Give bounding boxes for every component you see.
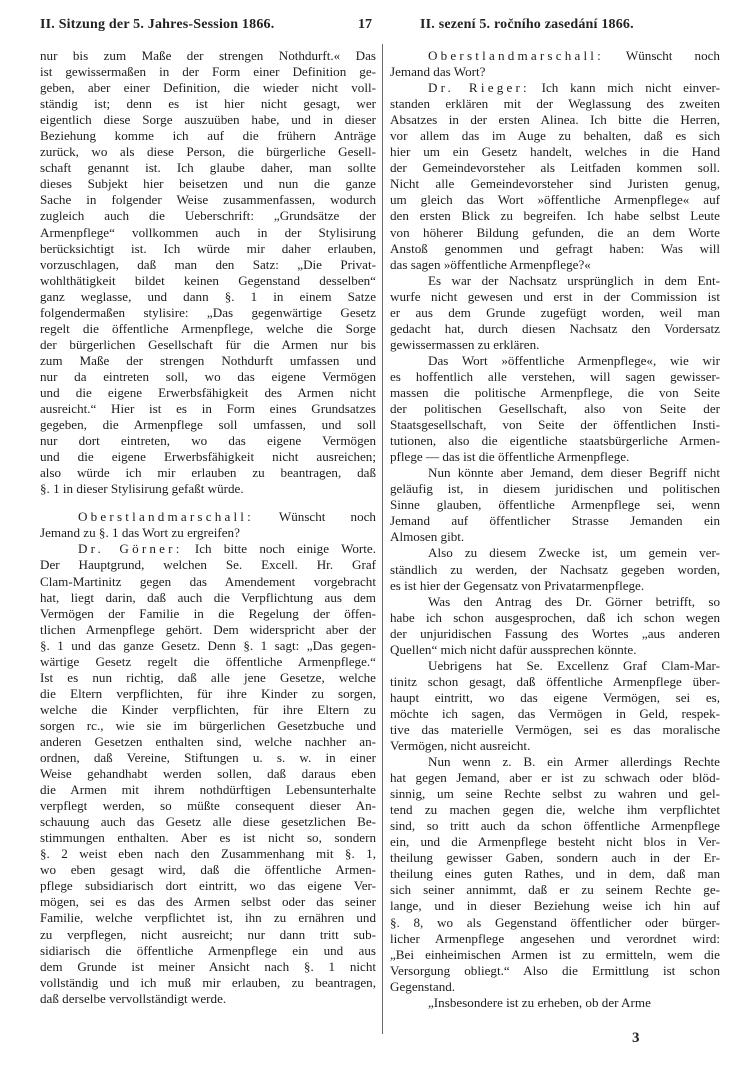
text-line: Absatzes in der ersten Alinea. Ich bitte… [390, 112, 720, 128]
speaker-name: Dr. Rieger: [428, 80, 530, 95]
text-line: vollständig und ich muß mir erlauben, zu… [40, 975, 376, 991]
text-line: tend zu machen gegen die, welche ihm ver… [390, 802, 720, 818]
text-line: licher Armenpflege angesehen und verordn… [390, 931, 720, 947]
paragraph: „Insbesondere ist zu erheben, ob der Arm… [390, 995, 720, 1011]
paragraph: Es war der Nachsatz ursprünglich in dem … [390, 273, 720, 353]
text-line: stimmungen enthalten. Aber es ist nicht … [40, 830, 376, 846]
text-line: ordnen, daß Vereine, Stiftungen u. s. w.… [40, 750, 376, 766]
paragraph: Nun könnte aber Jemand, dem dieser Begri… [390, 465, 720, 545]
text-line: Weise gehandhabt werden sollen, daß dara… [40, 766, 376, 782]
text-line: geläufig ist, in diesem juridischen und … [390, 481, 720, 497]
text-line: sorgen rc., wie sie im bürgerlichen Gese… [40, 718, 376, 734]
text-line: Anstoß genommen und gefragt haben: Was w… [390, 241, 720, 257]
text-line: zum Maße der strengen Nothdurft umfassen… [40, 353, 376, 369]
speaker-line: Dr. Görner: Ich bitte noch einige Worte. [40, 541, 376, 557]
text-line: wohlthätigkeit bildet keinen Gegenstand … [40, 273, 376, 289]
text-line: berücksichtigt ist. Ich würde mir daher … [40, 241, 376, 257]
text-line: dieses Subjekt hier beisetzen und nun di… [40, 176, 376, 192]
text-line: §. 1 in dieser Stylisirung gefaßt würde. [40, 481, 376, 497]
text-line: tive das materielle Vermögen, sei es das… [390, 722, 720, 738]
text-line: Der Hauptgrund, welchen Se. Excell. Hr. … [40, 557, 376, 573]
text-line: Quellen“ mich nicht dafür aussprechen kö… [390, 642, 720, 658]
text-line: Familie, welche verpflichtet ist, ihn zu… [40, 910, 376, 926]
text-line: „Insbesondere ist zu erheben, ob der Arm… [390, 995, 720, 1011]
text-line: Versorgung obliegt.“ Also die Ermittlung… [390, 963, 720, 979]
text-line: Sinne glauben, öffentliche Armenpflege s… [390, 497, 720, 513]
text-line: daß derselbe vervollständigt werde. [40, 991, 376, 1007]
text-line: geben, aber einer Definition, die wieder… [40, 80, 376, 96]
text-line: theilung eines guten Rathes, und in dem,… [390, 866, 720, 882]
text-line: es hoffentlich alle verstehen, will sage… [390, 369, 720, 385]
text-line: regelt die öffentliche Armenpflege, welc… [40, 321, 376, 337]
text-line: Nicht alle Gemeindevorsteher sind Jurist… [390, 176, 720, 192]
header-german-title: II. Sitzung der 5. Jahres-Session 1866. [40, 17, 274, 33]
text-line: den ersten Blick zu begreifen. Ich habe … [390, 208, 720, 224]
text-line: theilung gewisser Gaben, sondern auch in… [390, 850, 720, 866]
running-header: II. Sitzung der 5. Jahres-Session 1866. … [0, 17, 750, 39]
text-line: Das Wort »öffentliche Armenpflege«, wie … [390, 353, 720, 369]
speaker-line: Oberstlandmarschall: Wünscht noch [40, 509, 376, 525]
paragraph: Also zu diesem Zwecke ist, um gemein ver… [390, 545, 720, 593]
text-line: Also zu diesem Zwecke ist, um gemein ver… [390, 545, 720, 561]
text-line: Es war der Nachsatz ursprünglich in dem … [390, 273, 720, 289]
text-line: Jemand auf öffentlicher Strasse Jemanden… [390, 513, 720, 529]
paragraph: Das Wort »öffentliche Armenpflege«, wie … [390, 353, 720, 465]
text-line: ausreicht.“ Hier ist es in Form eines Gr… [40, 401, 376, 417]
text-line: hat, liegt darin, daß auch die Verpflich… [40, 590, 376, 606]
text-line: hat gegen Jemand, aber er ist zu schwach… [390, 770, 720, 786]
text-line: §. 1 und das ganze Gesetz. Denn §. 1 sag… [40, 638, 376, 654]
text-line: Was den Antrag des Dr. Görner betrifft, … [390, 594, 720, 610]
text-line: standen erklären mit der Weglassung des … [390, 96, 720, 112]
text-line: Vermögen, nicht ausreicht. [390, 738, 720, 754]
text-line: §. 2 weist eben nach den Zusammenhang mi… [40, 846, 376, 862]
text-line: sinnig, um seine Rechte selbst zu wahren… [390, 786, 720, 802]
left-column: nur bis zum Maße der strengen Nothdurft.… [40, 48, 376, 1007]
text-line: vorzuschlagen, daß man den Satz: „Die Pr… [40, 257, 376, 273]
text-line: anderen Gesetzen enthalten sind, welche … [40, 734, 376, 750]
text-line: hier um ein Gesetz handelt, welches in d… [390, 144, 720, 160]
text-line: zu verpflegen, nicht ausreicht; nur dann… [40, 927, 376, 943]
column-divider [382, 44, 383, 1034]
header-czech-title: II. sezení 5. ročního zasedání 1866. [420, 17, 634, 33]
paragraph: Nun wenn z. B. ein Armer allerdings Rech… [390, 754, 720, 995]
text-line: und die eigene Erwerbsfähigkeit des Arme… [40, 385, 376, 401]
text-line: nur dort eintreten, wo das eigene Vermög… [40, 433, 376, 449]
text-line: pflege — das ist die öffentliche Armenpf… [390, 449, 720, 465]
text-line: Uebrigens hat Se. Excellenz Graf Clam-Ma… [390, 658, 720, 674]
text-line: Armenpflege“ vollkommen auch in der Styl… [40, 225, 376, 241]
text-line: der bürgerlichen Gesellschaft für die Ar… [40, 337, 376, 353]
text-line: um gleich das Wort »öffentliche Armenpfl… [390, 192, 720, 208]
text-line: Sache in folgender Weise zusammenfassen,… [40, 192, 376, 208]
text-line: tinitz schon gesagt, daß öffentliche Arm… [390, 674, 720, 690]
text-line: und die eigene Erwerbsfähigkeit nicht au… [40, 449, 376, 465]
text-line: wurfe nicht gewesen und erst in der Comm… [390, 289, 720, 305]
text-line: nur da eintreten soll, wo das eigene Ver… [40, 369, 376, 385]
text-line: Gegenstand. [390, 979, 720, 995]
text-line: eigentlich diese Sorge auszuüben habe, u… [40, 112, 376, 128]
speaker-line: Dr. Rieger: Ich kann mich nicht einver- [390, 80, 720, 96]
text-line: ständig ist; denn es ist hier nicht gesa… [40, 96, 376, 112]
speaker-name: Oberstlandmarschall: [78, 509, 254, 524]
text-line: lange, und in dieser Beziehung weise ich… [390, 898, 720, 914]
text-line: §. 8, wo als Gegenstand öffentlicher ode… [390, 915, 720, 931]
text-line: also würde ich mir erlauben zu beantrage… [40, 465, 376, 481]
text-line: mögen, sei es das des Armen selbst oder … [40, 894, 376, 910]
text-line: pflege subsidiarisch dort eintritt, wo d… [40, 878, 376, 894]
paragraph: Uebrigens hat Se. Excellenz Graf Clam-Ma… [390, 658, 720, 754]
right-column: Oberstlandmarschall: Wünscht noch Jemand… [390, 48, 720, 1011]
text-line: wo eben gesagt wird, daß die öffentliche… [40, 862, 376, 878]
text-line: er aus dem Grunde zugefügt worden, weil … [390, 305, 720, 321]
text-line: tlichen Armenpflege gehört. Dem widerspr… [40, 622, 376, 638]
text-line: schaft genannt ist. Ich glaube daher, ma… [40, 160, 376, 176]
text-line: möchte ich sagen, das Vermögen in Geld, … [390, 706, 720, 722]
paragraph-speech: Der Hauptgrund, welchen Se. Excell. Hr. … [40, 557, 376, 1006]
signature-mark: 3 [632, 1030, 640, 1047]
text-line: Vermögen der Familie in die Regelung der… [40, 606, 376, 622]
text-line: nur bis zum Maße der strengen Nothdurft.… [40, 48, 376, 64]
text-line: Clam-Martinitz gegen das Amendement vorg… [40, 574, 376, 590]
text-line: der Gemeindevorsteher als Leitfaden komm… [390, 160, 720, 176]
text-line: der politischen Gesellschaft, also von S… [390, 401, 720, 417]
text-line: gewissermassen zu erklären. [390, 337, 720, 353]
paragraph: Was den Antrag des Dr. Görner betrifft, … [390, 594, 720, 658]
text-line: Almosen gibt. [390, 529, 720, 545]
paragraph: standen erklären mit der Weglassung des … [390, 96, 720, 273]
text-line: Nun könnte aber Jemand, dem dieser Begri… [390, 465, 720, 481]
text-line: dem Grunde ist meiner Ansicht nach §. 1 … [40, 959, 376, 975]
text-line: sind, so tritt auch da schon öffentliche… [390, 818, 720, 834]
text-line: welche die Kinder verpflichten, für ihre… [40, 702, 376, 718]
text-line: gegeben, die Armenpflege soll umfassen, … [40, 417, 376, 433]
text-line: ganz weglasse, und dann §. 1 in einem Sa… [40, 289, 376, 305]
text-line: Staatsgesellschaft, von Seite der öffent… [390, 417, 720, 433]
text-line: massen die politische Armenpflege, die v… [390, 385, 720, 401]
text-line: sidiarisch die öffentliche Armenpflege e… [40, 943, 376, 959]
text-line: habe ich schon ausgesprochen, daß ich sc… [390, 610, 720, 626]
text-line: Jemand zu §. 1 das Wort zu ergreifen? [40, 525, 376, 541]
text-line: „Bei einheimischen Armen ist zu ermittel… [390, 947, 720, 963]
text-line: Jemand das Wort? [390, 64, 720, 80]
text-line: verpflegt werden, so müßte consequent di… [40, 798, 376, 814]
text-line: tutionen, also die eigentliche staatsbür… [390, 433, 720, 449]
speaker-name: Oberstlandmarschall: [428, 48, 604, 63]
text-line: zugleich auch die Ueberschrift: „Grundsä… [40, 208, 376, 224]
text-line: folgendermaßen stylisire: „Das gegenwärt… [40, 305, 376, 321]
page-number: 17 [358, 17, 372, 33]
text-line: die Eltern verpflichten, für ihre Kinder… [40, 686, 376, 702]
text-line: wärtige Gesetz regelt die öffentliche Ar… [40, 654, 376, 670]
speaker-line: Oberstlandmarschall: Wünscht noch [390, 48, 720, 64]
speaker-name: Dr. Görner: [78, 541, 183, 556]
text-line: zurück, wo als diese Person, die bürgerl… [40, 144, 376, 160]
text-line: haupt eintritt, wo das eigene Vermögen, … [390, 690, 720, 706]
text-line: von höherer Bildung gefunden, die an dem… [390, 225, 720, 241]
paragraph-continuation: nur bis zum Maße der strengen Nothdurft.… [40, 48, 376, 497]
text-line: Beziehung komme ich auf die frühern Antr… [40, 128, 376, 144]
text-line: gedacht hat, durch diesen Nachsatz den V… [390, 321, 720, 337]
text-line: der unjuridischen Fassung des Wortes „au… [390, 626, 720, 642]
text-line: sich seiner annimmt, daß er zu seinem Re… [390, 882, 720, 898]
text-line: vor allem das im Auge zu behalten, daß e… [390, 128, 720, 144]
text-line: Nun wenn z. B. ein Armer allerdings Rech… [390, 754, 720, 770]
text-line: ein, und die Armenpflege besteht nicht b… [390, 834, 720, 850]
text-line: Ist es nun richtig, daß alle jene Gesetz… [40, 670, 376, 686]
text-line: die Armen mit ihrem nothdürftigen Lebens… [40, 782, 376, 798]
text-line: schauung auch das Gesetz alle diese gese… [40, 814, 376, 830]
text-line: es ist hier der Gegensatz von Privatarme… [390, 578, 720, 594]
text-line: das sagen »öffentliche Armenpflege?« [390, 257, 720, 273]
text-line: ständlich zu werden, der Nachsatz gegebe… [390, 562, 720, 578]
text-line: ist gewissermaßen in der Form einer Defi… [40, 64, 376, 80]
